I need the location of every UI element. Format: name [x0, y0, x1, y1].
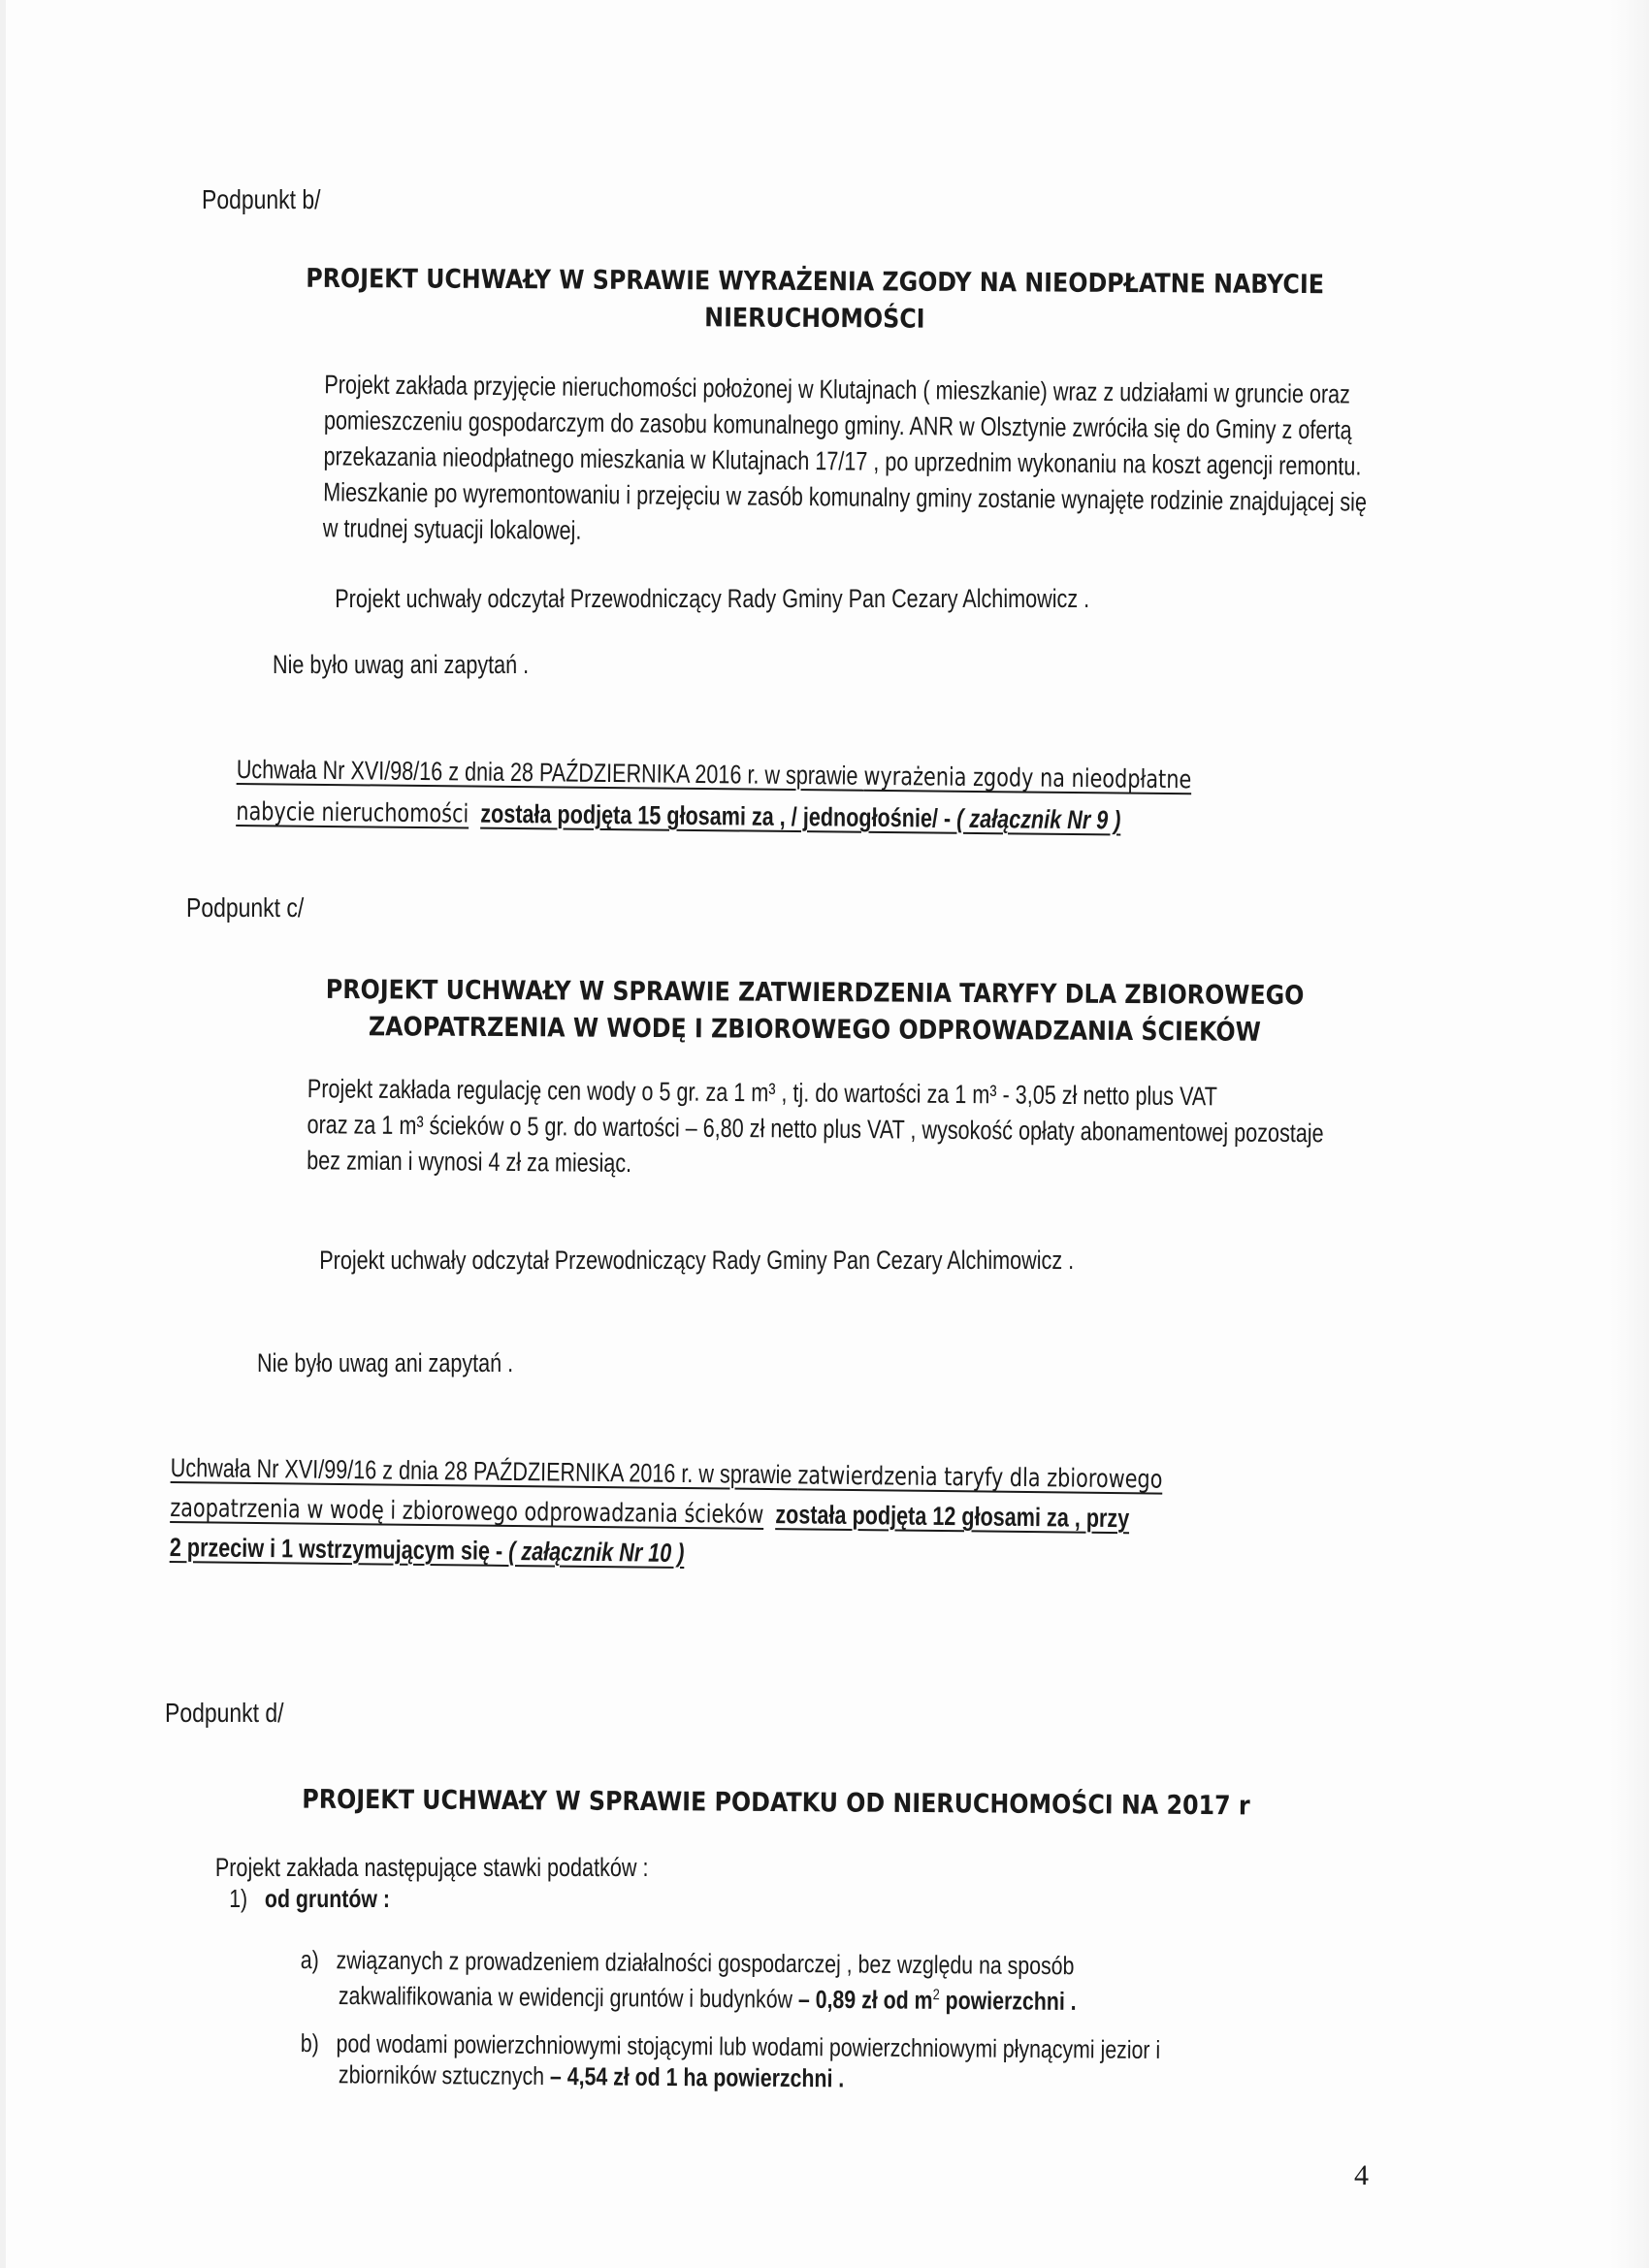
vote-result: 2 przeciw i 1 wstrzymującym się - — [170, 1533, 509, 1566]
tax-rate: – 0,89 zł od m — [798, 1985, 933, 2015]
vote-result: została podjęta 15 głosami za , / jednog… — [480, 799, 956, 833]
resolution-99: Uchwała Nr XVI/99/16 z dnia 28 PAŹDZIERN… — [170, 1449, 1163, 1577]
resolution-text: Uchwała Nr XVI/98/16 z dnia 28 PAŹDZIERN… — [237, 755, 864, 791]
list-marker: 1) — [229, 1884, 247, 1913]
section-b-title-line2: NIERUCHOMOŚCI — [294, 298, 1336, 341]
section-d-intro: Projekt zakłada następujące stawki podat… — [215, 1853, 649, 1883]
resolution-text: Uchwała Nr XVI/99/16 z dnia 28 PAŹDZIERN… — [171, 1453, 798, 1489]
section-b-title: PROJEKT UCHWAŁY W SPRAWIE WYRAŻENIA ZGOD… — [223, 260, 1406, 340]
resolution-subject: nabycie nieruchomości — [236, 797, 469, 829]
page-number: 4 — [1354, 2159, 1369, 2192]
section-b-description: Projekt zakłada przyjęcie nieruchomości … — [192, 369, 1498, 555]
vote-result: została podjęta 12 głosami za , przy — [775, 1500, 1129, 1533]
section-c-title-line2: ZAOPATRZENIA W WODĘ I ZBIOROWEGO ODPROWA… — [294, 1009, 1336, 1053]
tax-rate: – 4,54 zł od 1 ha powierzchni . — [550, 2061, 845, 2092]
list-text: związanych z prowadzeniem działalności g… — [336, 1945, 1074, 1980]
section-c-remarks: Nie było uwag ani zapytań . — [257, 1348, 513, 1378]
description-line: Projekt zakłada przyjęcie nieruchomości … — [324, 370, 1368, 409]
attachment-ref: ( załącznik Nr 10 ) — [508, 1537, 685, 1568]
scan-edge-left — [0, 0, 6, 2268]
resolution-subject: wyrażenia zgody na nieodpłatne — [863, 762, 1191, 795]
description-line: w trudnej sytuacji lokalowej. — [323, 513, 1367, 553]
description-line: oraz za 1 m³ ścieków o 5 gr. do wartości… — [307, 1110, 1323, 1149]
section-b-read-by: Projekt uchwały odczytał Przewodniczący … — [335, 584, 1089, 614]
attachment-ref: ( załącznik Nr 9 ) — [956, 804, 1121, 835]
list-label: od gruntów : — [265, 1884, 390, 1913]
resolution-subject: zaopatrzenia w wodę i zbiorowego odprowa… — [170, 1494, 763, 1530]
subpoint-heading-d: Podpunkt d/ — [165, 1698, 284, 1729]
section-c-title-line1: PROJEKT UCHWAŁY W SPRAWIE ZATWIERDZENIA … — [294, 972, 1336, 1016]
section-d-title-line1: PROJEKT UCHWAŁY W SPRAWIE PODATKU OD NIE… — [264, 1781, 1288, 1825]
list-item-1a: a) związanych z prowadzeniem działalnośc… — [300, 1944, 1077, 2017]
list-marker: a) — [301, 1945, 319, 1974]
resolution-subject: zatwierdzenia taryfy dla zbiorowego — [797, 1461, 1162, 1494]
subpoint-heading-b: Podpunkt b/ — [202, 184, 321, 215]
document-page: Podpunkt b/ PROJEKT UCHWAŁY W SPRAWIE WY… — [0, 0, 1649, 2268]
section-c-title: PROJEKT UCHWAŁY W SPRAWIE ZATWIERDZENIA … — [223, 971, 1406, 1052]
description-line: pomieszczeniu gospodarczym do zasobu kom… — [324, 405, 1368, 445]
list-item-1b: b) pod wodami powierzchniowymi stojącymi… — [300, 2027, 1160, 2096]
scan-edge-right — [1610, 0, 1649, 2268]
tax-unit: powierzchni . — [940, 1986, 1077, 2016]
section-d-title: PROJEKT UCHWAŁY W SPRAWIE PODATKU OD NIE… — [194, 1781, 1358, 1826]
section-c-description: Projekt zakłada regulację cen wody o 5 g… — [179, 1073, 1451, 1185]
description-line: bez zmian i wynosi 4 zł za miesiąc. — [307, 1146, 1323, 1184]
list-text: zbiorników sztucznych — [339, 2059, 550, 2090]
description-line: Mieszkanie po wyremontowaniu i przejęciu… — [323, 477, 1367, 517]
resolution-98: Uchwała Nr XVI/98/16 z dnia 28 PAŹDZIERN… — [236, 751, 1191, 840]
section-b-title-line1: PROJEKT UCHWAŁY W SPRAWIE WYRAŻENIA ZGOD… — [294, 261, 1336, 305]
section-b-remarks: Nie było uwag ani zapytań . — [273, 650, 529, 680]
subpoint-heading-c: Podpunkt c/ — [186, 892, 304, 923]
list-item-1: 1) od gruntów : — [229, 1884, 390, 1914]
description-line: przekazania nieodpłatnego mieszkania w K… — [323, 441, 1367, 481]
description-line: Projekt zakłada regulację cen wody o 5 g… — [307, 1074, 1324, 1113]
list-marker: b) — [301, 2028, 319, 2057]
list-text: zakwalifikowania w ewidencji gruntów i b… — [339, 1981, 798, 2014]
section-c-read-by: Projekt uchwały odczytał Przewodniczący … — [319, 1246, 1074, 1276]
